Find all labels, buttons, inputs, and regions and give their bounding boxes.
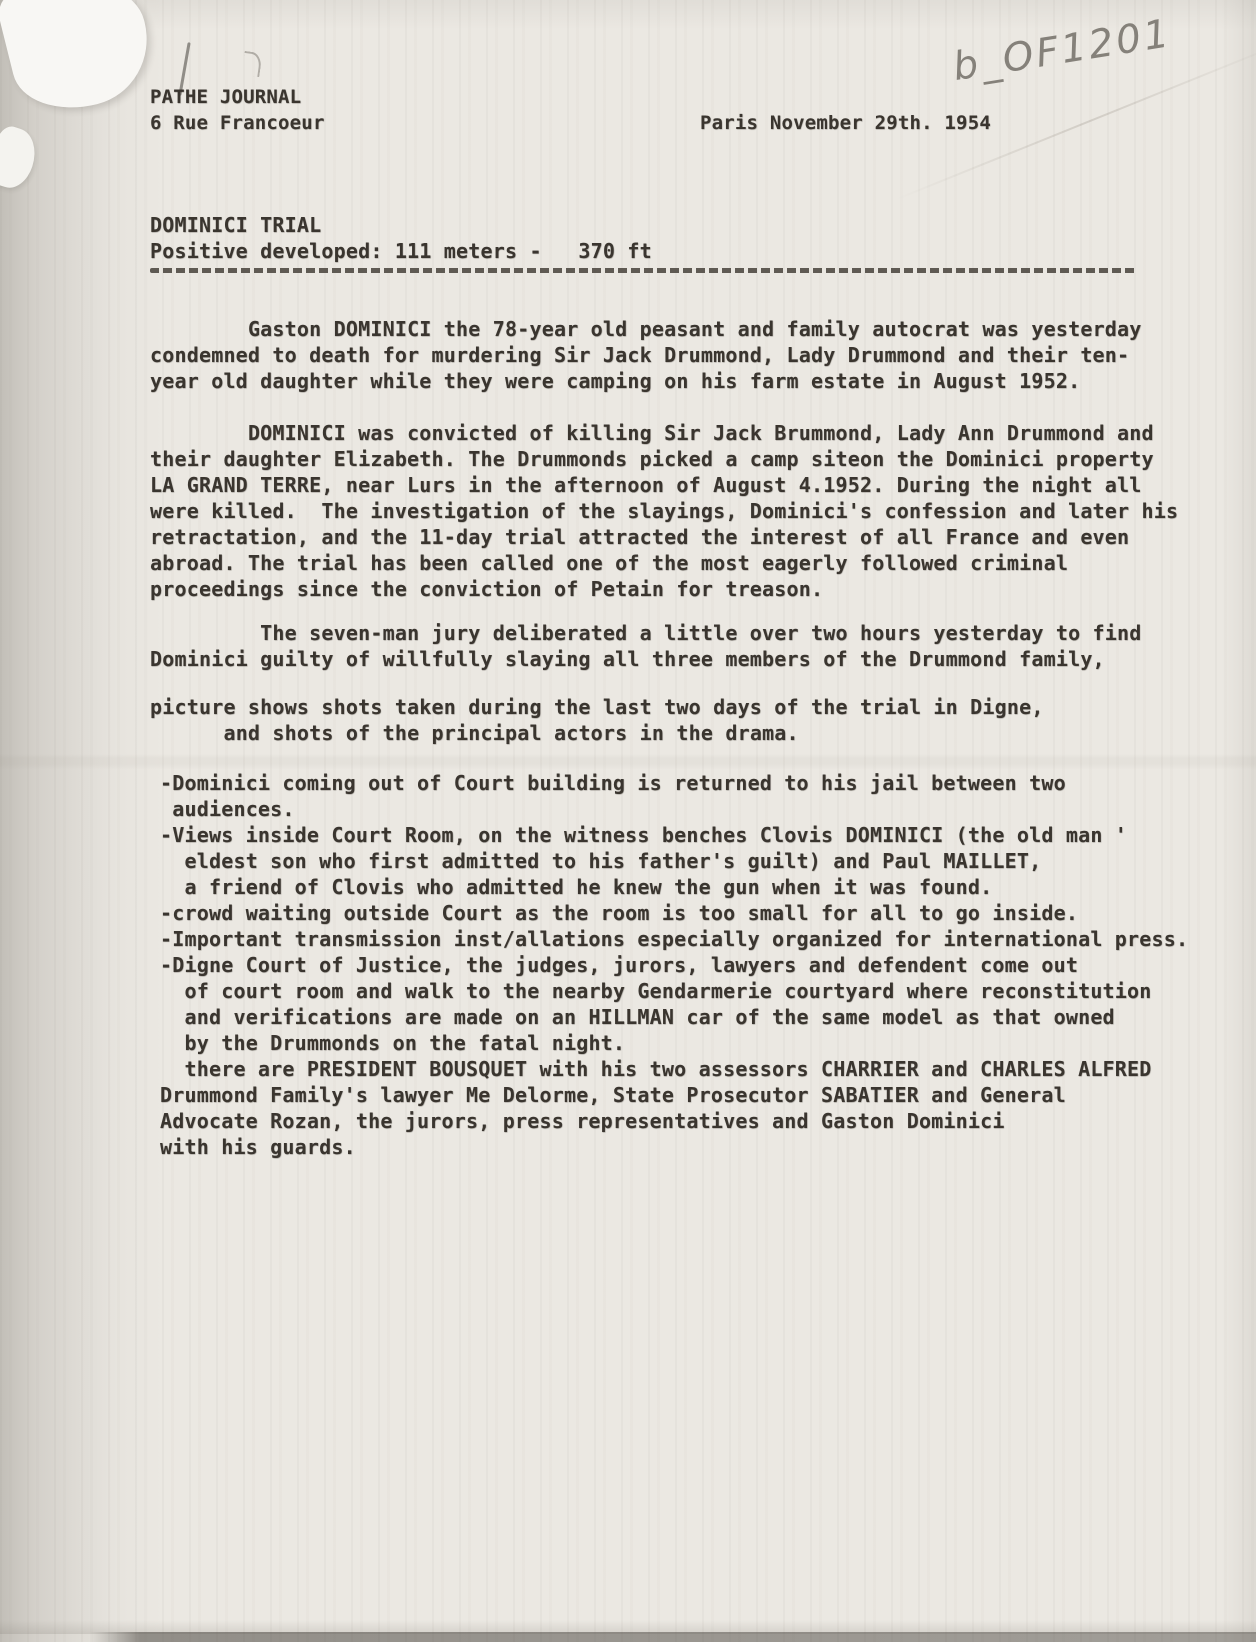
verdict-paragraph: The seven-man jury deliberated a little …	[150, 620, 1160, 672]
shot-list-item: there are PRESIDENT BOUSQUET with his tw…	[160, 1056, 1230, 1160]
torn-edge-nick	[0, 123, 42, 193]
separator-rule	[150, 268, 1138, 273]
letterhead-company: PATHE JOURNAL	[150, 84, 301, 110]
shot-list: -Dominici coming out of Court building i…	[160, 770, 1230, 1160]
intro-paragraph: Gaston DOMINICI the 78-year old peasant …	[150, 316, 1160, 394]
document-page: b_OF1201 PATHE JOURNAL 6 Rue Francoeur P…	[0, 0, 1256, 1642]
handwritten-reference: b_OF1201	[950, 11, 1175, 90]
dateline: Paris November 29th. 1954	[700, 110, 991, 136]
shot-list-item: -crowd waiting outside Court as the room…	[160, 900, 1230, 926]
shot-list-item: -Views inside Court Room, on the witness…	[160, 822, 1230, 900]
conviction-paragraph: DOMINICI was convicted of killing Sir Ja…	[150, 420, 1210, 602]
bottom-scan-edge	[0, 1632, 1256, 1642]
pencil-mark	[241, 51, 262, 77]
shot-list-item: -Important transmission inst/allations e…	[160, 926, 1230, 952]
torn-corner	[0, 0, 161, 122]
picture-note: picture shows shots taken during the las…	[150, 694, 1160, 746]
letterhead-address: 6 Rue Francoeur	[150, 110, 325, 136]
subject-title: DOMINICI TRIAL	[150, 212, 321, 238]
footage-note: Positive developed: 111 meters - 370 ft	[150, 238, 652, 264]
shot-list-item: -Digne Court of Justice, the judges, jur…	[160, 952, 1230, 1056]
shot-list-item: -Dominici coming out of Court building i…	[160, 770, 1230, 822]
